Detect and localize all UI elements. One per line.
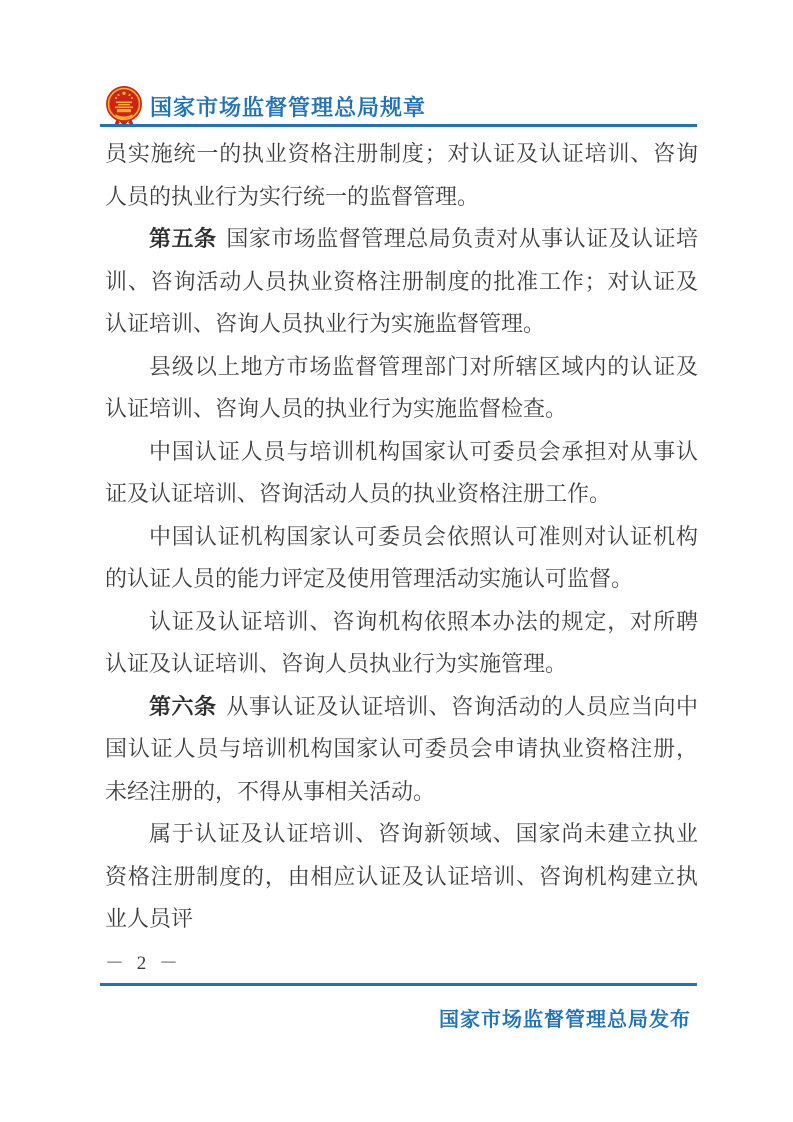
paragraph-text: 员实施统一的执业资格注册制度；对认证及认证培训、咨询人员的执业行为实行统一的监督… xyxy=(105,141,698,209)
paragraph-text: 中国认证机构国家认可委员会依照认可准则对认证机构的认证人员的能力评定及使用管理活… xyxy=(105,524,698,592)
paragraph-text: 认证及认证培训、咨询机构依照本办法的规定，对所聘认证及认证培训、咨询人员执业行为… xyxy=(105,609,698,677)
body-paragraph: 属于认证及认证培训、咨询新领域、国家尚未建立执业资格注册制度的，由相应认证及认证… xyxy=(105,813,698,941)
footer-divider xyxy=(100,983,697,986)
body-paragraph: 员实施统一的执业资格注册制度；对认证及认证培训、咨询人员的执业行为实行统一的监督… xyxy=(105,133,698,218)
document-page: 国家市场监督管理总局规章 员实施统一的执业资格注册制度；对认证及认证培训、咨询人… xyxy=(0,0,793,1122)
paragraph-text: 县级以上地方市场监督管理部门对所辖区域内的认证及认证培训、咨询人员的执业行为实施… xyxy=(105,354,698,422)
paragraph-text: 中国认证人员与培训机构国家认可委员会承担对从事认证及认证培训、咨询活动人员的执业… xyxy=(105,439,698,507)
body-paragraph: 中国认证机构国家认可委员会依照认可准则对认证机构的认证人员的能力评定及使用管理活… xyxy=(105,516,698,601)
paragraph-text: 属于认证及认证培训、咨询新领域、国家尚未建立执业资格注册制度的，由相应认证及认证… xyxy=(105,821,698,931)
article-number: 第六条 xyxy=(149,694,216,719)
page-title: 国家市场监督管理总局规章 xyxy=(150,91,426,122)
article-number: 第五条 xyxy=(149,226,216,251)
national-emblem-icon xyxy=(105,85,143,127)
body-paragraph: 认证及认证培训、咨询机构依照本办法的规定，对所聘认证及认证培训、咨询人员执业行为… xyxy=(105,601,698,686)
header-divider xyxy=(100,124,697,127)
document-body: 员实施统一的执业资格注册制度；对认证及认证培训、咨询人员的执业行为实行统一的监督… xyxy=(105,133,698,941)
body-paragraph: 第五条国家市场监督管理总局负责对从事认证及认证培训、咨询活动人员执业资格注册制度… xyxy=(105,218,698,346)
publisher-label: 国家市场监督管理总局发布 xyxy=(439,1003,691,1032)
page-number: － 2 － xyxy=(105,948,182,975)
body-paragraph: 县级以上地方市场监督管理部门对所辖区域内的认证及认证培训、咨询人员的执业行为实施… xyxy=(105,346,698,431)
page-header: 国家市场监督管理总局规章 xyxy=(105,85,698,127)
body-paragraph: 第六条从事认证及认证培训、咨询活动的人员应当向中国认证人员与培训机构国家认可委员… xyxy=(105,686,698,814)
body-paragraph: 中国认证人员与培训机构国家认可委员会承担对从事认证及认证培训、咨询活动人员的执业… xyxy=(105,431,698,516)
